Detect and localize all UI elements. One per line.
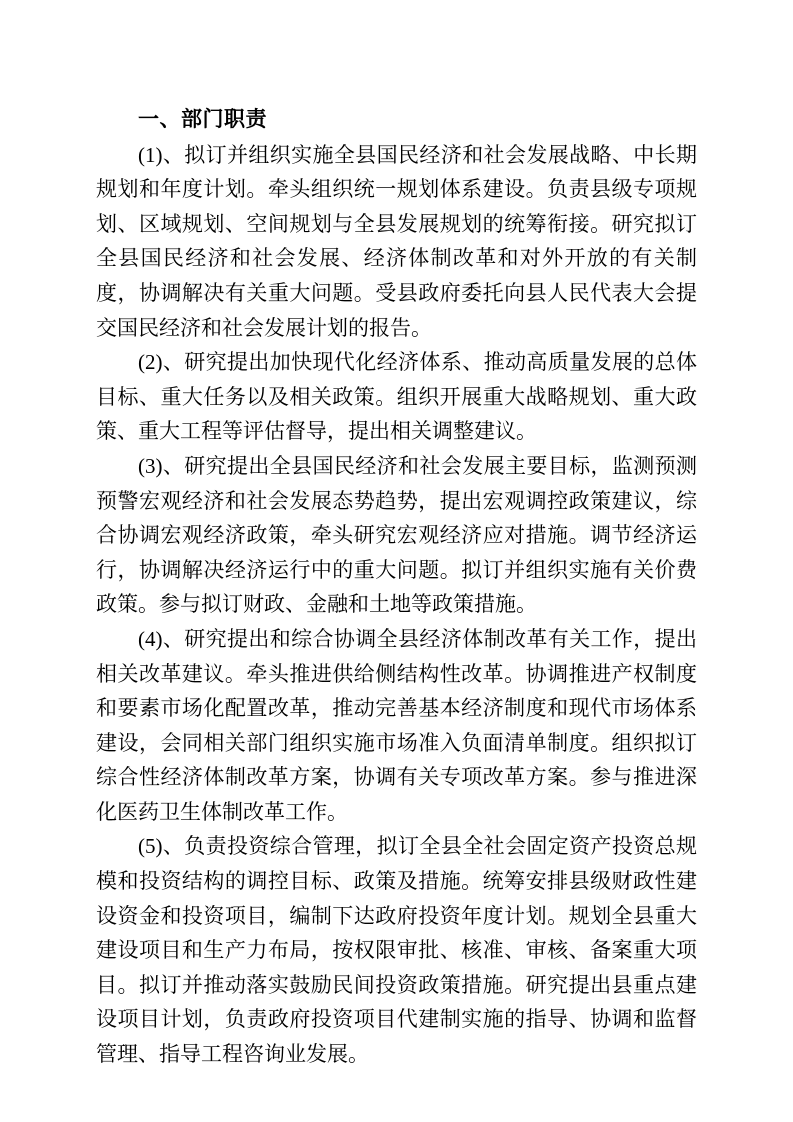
document-body: (1)、拟订并组织实施全县国民经济和社会发展战略、中长期规划和年度计划。牵头组织…	[96, 138, 697, 1072]
document-title: 一、部门职责	[96, 103, 697, 138]
paragraph-5: (5)、负责投资综合管理，拟订全县全社会固定资产投资总规模和投资结构的调控目标、…	[96, 829, 697, 1071]
paragraph-2: (2)、研究提出加快现代化经济体系、推动高质量发展的总体目标、重大任务以及相关政…	[96, 345, 697, 449]
document-page: 一、部门职责 (1)、拟订并组织实施全县国民经济和社会发展战略、中长期规划和年度…	[0, 0, 793, 1122]
paragraph-4: (4)、研究提出和综合协调全县经济体制改革有关工作，提出相关改革建议。牵头推进供…	[96, 622, 697, 830]
paragraph-3: (3)、研究提出全县国民经济和社会发展主要目标，监测预测预警宏观经济和社会发展态…	[96, 449, 697, 622]
paragraph-1: (1)、拟订并组织实施全县国民经济和社会发展战略、中长期规划和年度计划。牵头组织…	[96, 138, 697, 346]
